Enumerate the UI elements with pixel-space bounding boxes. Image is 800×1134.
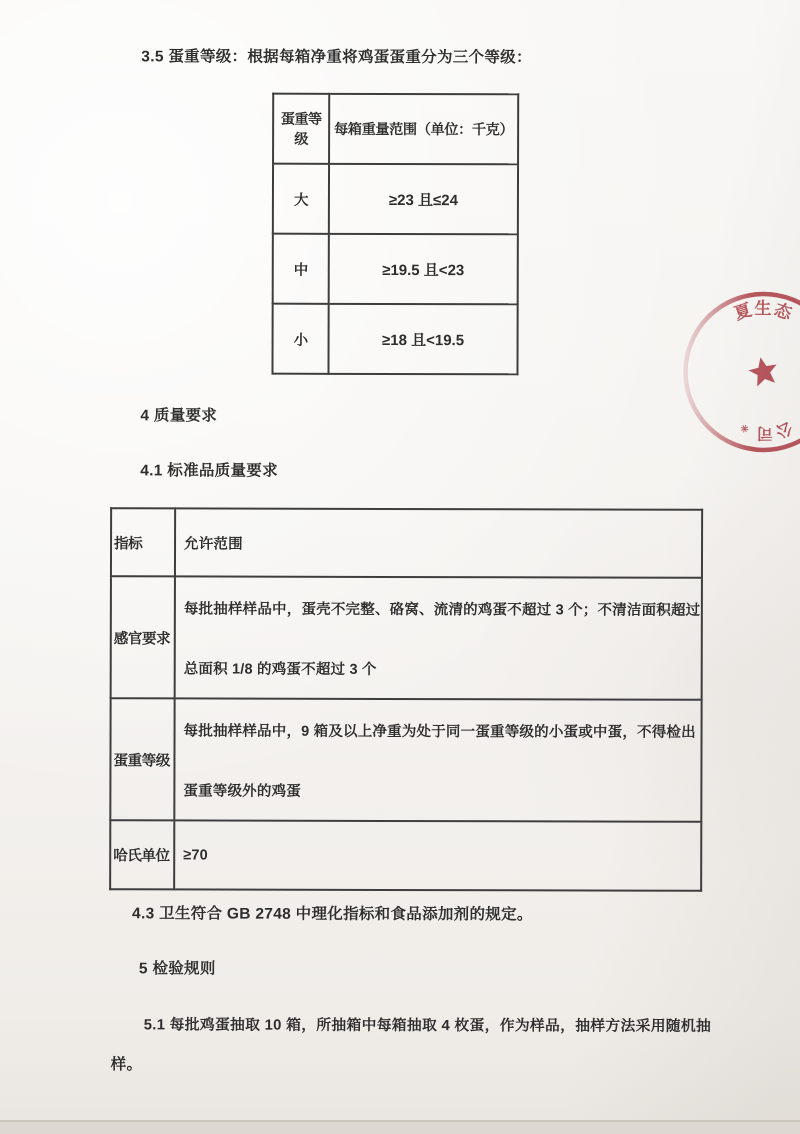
heading-3-5: 3.5 蛋重等级：根据每箱净重将鸡蛋蛋重分为三个等级： [141,47,532,68]
heading-5: 5 检验规则 [139,959,216,979]
seal-separator-star-icon: ✳ [739,423,751,436]
indicator-cell: 蛋重等级 [110,698,174,820]
table-row: 哈氏单位 ≥70 [110,820,701,891]
allowed-line: 总面积 1/8 的鸡蛋不超过 3 个 [184,637,701,698]
table-row: 感官要求 每批抽样样品中，蛋壳不完整、硌窝、流清的鸡蛋不超过 3 个；不清洁面积… [111,576,702,700]
seal-star-icon [746,354,780,387]
col-header-range: 每箱重量范围（单位：千克） [329,94,518,164]
indicator-cell: 哈氏单位 [110,820,174,889]
allowed-line: 每批抽样样品中，蛋壳不完整、硌窝、流清的鸡蛋不超过 3 个；不清洁面积超过 [184,577,701,638]
paragraph-5-1-line1: 5.1 每批鸡蛋抽取 10 箱，所抽箱中每箱抽取 4 枚蛋，作为样品，抽样方法采… [144,1015,711,1036]
col-header-allowed: 允许范围 [175,508,702,577]
table-row: 蛋重等级 每批抽样样品中，9 箱及以上净重为处于同一蛋重等级的小蛋或中蛋，不得检… [110,698,701,822]
col-header-grade: 蛋重等级 [273,94,329,164]
indicator-cell: 感官要求 [111,576,175,698]
range-cell: ≥19.5 且<23 [329,234,518,304]
allowed-cell: 每批抽样样品中，蛋壳不完整、硌窝、流清的鸡蛋不超过 3 个；不清洁面积超过 总面… [175,576,702,699]
quality-table: 指标 允许范围 感官要求 每批抽样样品中，蛋壳不完整、硌窝、流清的鸡蛋不超过 3… [109,507,703,892]
company-seal-stamp: 夏生态 公司 ✳ [663,272,800,473]
table-row: 大 ≥23 且≤24 [273,164,518,235]
grade-cell: 小 [272,304,328,374]
grade-cell: 大 [273,164,329,234]
seal-arc-text-top: 夏生态 [732,298,796,324]
seal-arc-text-bottom: 公司 [755,418,795,443]
page-content: 3.5 蛋重等级：根据每箱净重将鸡蛋蛋重分为三个等级： 蛋重等级 每箱重量范围（… [0,0,800,1121]
allowed-cell: 每批抽样样品中，9 箱及以上净重为处于同一蛋重等级的小蛋或中蛋，不得检出 蛋重等… [174,698,701,821]
allowed-line: 蛋重等级外的鸡蛋 [183,759,700,820]
table-header-row: 指标 允许范围 [111,508,702,578]
heading-4-1: 4.1 标准品质量要求 [140,461,278,481]
table-row: 中 ≥19.5 且<23 [273,234,518,305]
table-header-row: 蛋重等级 每箱重量范围（单位：千克） [273,94,518,165]
heading-4-3: 4.3 卫生符合 GB 2748 中理化指标和食品添加剂的规定。 [132,904,533,925]
heading-4: 4 质量要求 [140,406,217,426]
document-page: 3.5 蛋重等级：根据每箱净重将鸡蛋蛋重分为三个等级： 蛋重等级 每箱重量范围（… [0,0,800,1122]
allowed-cell: ≥70 [174,820,701,890]
col-header-indicator: 指标 [111,508,175,576]
table-row: 小 ≥18 且<19.5 [272,304,517,375]
egg-weight-table: 蛋重等级 每箱重量范围（单位：千克） 大 ≥23 且≤24 中 ≥19.5 且<… [271,93,519,376]
grade-cell: 中 [273,234,329,304]
allowed-line: 每批抽样样品中，9 箱及以上净重为处于同一蛋重等级的小蛋或中蛋，不得检出 [183,699,700,760]
range-cell: ≥18 且<19.5 [328,304,517,374]
range-cell: ≥23 且≤24 [329,164,518,234]
paragraph-5-1-line2: 样。 [111,1055,143,1075]
